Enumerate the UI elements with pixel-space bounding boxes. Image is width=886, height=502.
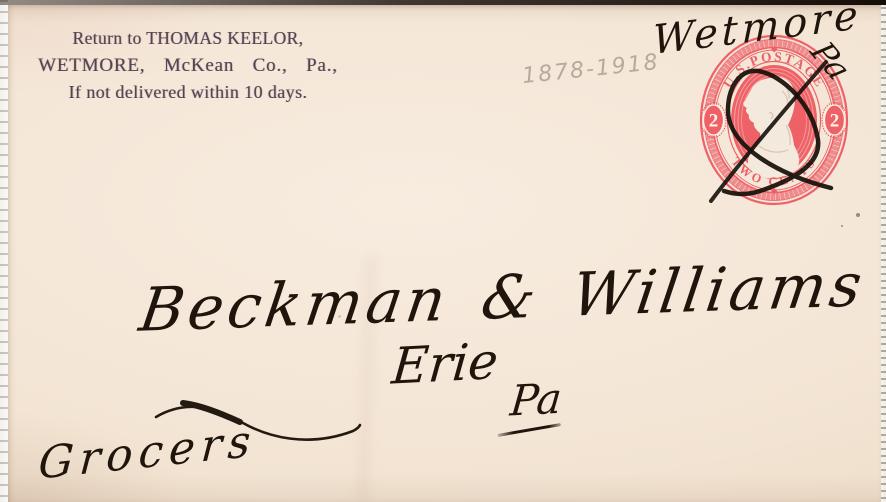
- return-address: Return to THOMAS KEELOR, WETMORE, McKean…: [38, 25, 338, 106]
- envelope: Return to THOMAS KEELOR, WETMORE, McKean…: [8, 5, 881, 502]
- return-address-line-3: If not delivered within 10 days.: [38, 79, 338, 106]
- city-script: Erie: [390, 332, 501, 396]
- return-address-line-2: WETMORE, McKean Co., Pa.,: [38, 52, 338, 79]
- state-script: Pa: [508, 374, 564, 426]
- scan-edge-left: [0, 0, 8, 502]
- pencil-date-note: 1878-1918: [521, 50, 661, 89]
- scan-edge-top: [0, 0, 886, 5]
- flourish-stroke: [140, 393, 370, 458]
- destination-script: EriePa: [390, 328, 568, 395]
- ink-speck: [856, 213, 860, 217]
- return-address-line-1: Return to THOMAS KEELOR,: [38, 25, 338, 52]
- ink-speck: [841, 225, 843, 227]
- scan-edge-right: [881, 0, 886, 502]
- envelope-scan: Return to THOMAS KEELOR, WETMORE, McKean…: [0, 0, 886, 502]
